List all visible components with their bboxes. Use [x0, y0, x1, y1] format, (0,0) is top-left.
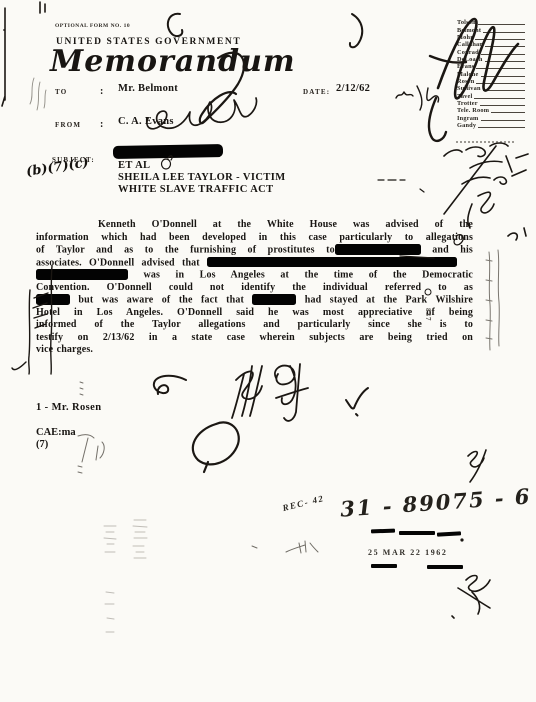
pen-circle	[162, 159, 171, 169]
routing-line	[485, 46, 525, 47]
handwritten-initials	[452, 576, 490, 619]
body-line: Convention. O'Donnell could not identify…	[36, 282, 473, 295]
body-text: Kenneth O'Donnell at the White House was…	[98, 219, 473, 230]
underline-mark	[371, 564, 397, 568]
handwritten-initials	[468, 450, 486, 482]
routing-entry: Conrad	[457, 48, 525, 55]
body-line: informed of the Taylor allegations and p…	[36, 319, 473, 332]
date-label: DATE:	[303, 88, 330, 96]
routing-name: Mohr	[457, 34, 473, 41]
body-line: but was aware of the fact that had staye…	[36, 294, 473, 307]
to-value: Mr. Belmont	[118, 83, 178, 94]
rec-stamp: REC- 42	[281, 493, 325, 513]
cc-line: 1 - Mr. Rosen	[36, 402, 101, 413]
body-paragraph: Kenneth O'Donnell at the White House was…	[36, 219, 473, 357]
routing-line	[476, 68, 525, 69]
body-text: vice charges.	[36, 344, 93, 355]
routing-line	[478, 24, 525, 25]
to-label: TO	[55, 88, 67, 96]
from-label: FROM	[55, 121, 81, 129]
pen-curl	[168, 14, 182, 36]
subject-line-1: ET AL	[118, 160, 150, 171]
routing-name: Callahan	[457, 41, 483, 48]
routing-line	[481, 120, 526, 121]
routing-entry: Belmont	[457, 26, 525, 33]
side-stamp-marks	[486, 250, 499, 350]
routing-name: Conrad	[457, 49, 479, 56]
date-received-stamp: 25 MAR 22 1962	[368, 548, 448, 557]
pencil-marks	[78, 382, 104, 473]
routing-name: Sullivan	[457, 85, 481, 92]
routing-entry: Malone	[457, 70, 525, 77]
pen-hook	[350, 14, 362, 47]
circle-scribble	[193, 422, 239, 472]
body-text: information which had been developed in …	[36, 232, 473, 243]
routing-entry: Tolson	[457, 19, 525, 26]
underline-mark	[371, 529, 395, 534]
memorandum-page: OPTIONAL FORM NO. 10 UNITED STATES GOVER…	[0, 0, 536, 702]
from-value: C. A. Evans	[118, 116, 174, 127]
routing-entry: Mohr	[457, 34, 525, 41]
pen-scribble	[154, 376, 186, 394]
redaction-bar	[36, 294, 70, 305]
form-number: OPTIONAL FORM NO. 10	[55, 23, 130, 29]
routing-name: DeLoach	[457, 56, 483, 63]
pencil-scribble	[30, 78, 46, 110]
routing-name: Rosen	[457, 78, 474, 85]
routing-entry: Gandy	[457, 122, 525, 129]
check-mark	[346, 388, 368, 416]
redaction-bar	[36, 269, 128, 280]
underline-mark	[437, 531, 461, 536]
initials-scribble	[232, 364, 308, 421]
routing-line	[480, 105, 525, 106]
routing-name: Tavel	[457, 93, 472, 100]
edge-marks	[2, 2, 45, 106]
dotted-marks	[456, 141, 514, 143]
file-number-handwritten: 31 - 89075 - 6	[339, 483, 532, 521]
routing-entry: Callahan	[457, 41, 525, 48]
routing-line	[478, 127, 525, 128]
copy-count: (7)	[36, 439, 48, 450]
routing-name: Tele. Room	[457, 107, 489, 114]
routing-name: Evans	[457, 63, 474, 70]
routing-line	[483, 32, 525, 33]
routing-entry: Rosen	[457, 78, 525, 85]
routing-line	[474, 98, 525, 99]
typist-initials: CAE:ma	[36, 427, 76, 438]
bleed-through-marks	[104, 520, 147, 632]
routing-entry: Tele. Room	[457, 107, 525, 114]
redaction-bar	[335, 244, 421, 255]
routing-entry: Evans	[457, 63, 525, 70]
body-text: had stayed at the Park Wilshire	[296, 295, 473, 306]
date-value: 2/12/62	[336, 83, 370, 94]
routing-line	[476, 83, 525, 84]
body-text: and his	[421, 245, 473, 256]
handwriting-note	[396, 86, 439, 110]
body-line: Kenneth O'Donnell at the White House was…	[36, 219, 473, 232]
subject-line-3: WHITE SLAVE TRAFFIC ACT	[118, 184, 274, 195]
routing-entry: DeLoach	[457, 56, 525, 63]
body-text: was in Los Angeles at the time of the De…	[128, 270, 473, 281]
body-line: associates. O'Donnell advised that	[36, 257, 457, 270]
underline-mark	[399, 531, 435, 535]
body-line: vice charges.	[36, 344, 473, 357]
routing-name: Ingram	[457, 115, 479, 122]
redaction-bar-subject	[113, 144, 223, 159]
body-line: was in Los Angeles at the time of the De…	[36, 269, 473, 282]
body-line: Hotel in Los Angeles. O'Donnell said he …	[36, 307, 473, 320]
body-text: associates. O'Donnell advised that	[36, 257, 207, 268]
routing-name: Belmont	[457, 27, 481, 34]
routing-entry: Trotter	[457, 100, 525, 107]
body-text: Hotel in Los Angeles. O'Donnell said he …	[36, 307, 473, 318]
underline-mark	[427, 565, 463, 569]
routing-entry: Sullivan	[457, 85, 525, 92]
body-line: of Taylor and as to the furnishing of pr…	[36, 244, 473, 257]
routing-line	[485, 61, 525, 62]
routing-line	[481, 76, 526, 77]
routing-line	[491, 112, 525, 113]
routing-line	[481, 54, 525, 55]
body-text: of Taylor and as to the furnishing of pr…	[36, 245, 335, 256]
memorandum-title: Memorandum	[50, 44, 296, 79]
routing-name: Malone	[457, 71, 479, 78]
subject-line-2: SHEILA LEE TAYLOR - VICTIM	[118, 172, 286, 183]
routing-entry: Ingram	[457, 114, 525, 121]
from-colon: :	[100, 119, 103, 130]
routing-entry: Tavel	[457, 92, 525, 99]
routing-name: Trotter	[457, 100, 478, 107]
body-text: Convention. O'Donnell could not identify…	[36, 282, 473, 293]
routing-list: TolsonBelmontMohrCallahanConradDeLoachEv…	[457, 19, 525, 129]
body-line: testify on 2/13/62 in a state case where…	[36, 332, 473, 345]
routing-line	[483, 90, 525, 91]
redaction-bar	[252, 294, 296, 305]
body-text: testify on 2/13/62 in a state case where…	[36, 332, 473, 343]
routing-line	[475, 39, 525, 40]
body-line: information which had been developed in …	[36, 232, 473, 245]
side-stamp-number: 837	[424, 308, 432, 322]
dash-marks	[378, 180, 424, 192]
body-text: informed of the Taylor allegations and p…	[36, 319, 473, 330]
routing-name: Gandy	[457, 122, 476, 129]
faint-marks	[252, 541, 318, 553]
to-colon: :	[100, 86, 103, 97]
redaction-bar	[207, 257, 457, 268]
exemption-annotation: (b)(7)(c)	[25, 155, 90, 180]
body-text: but was aware of the fact that	[70, 295, 252, 306]
routing-name: Tolson	[457, 19, 476, 26]
